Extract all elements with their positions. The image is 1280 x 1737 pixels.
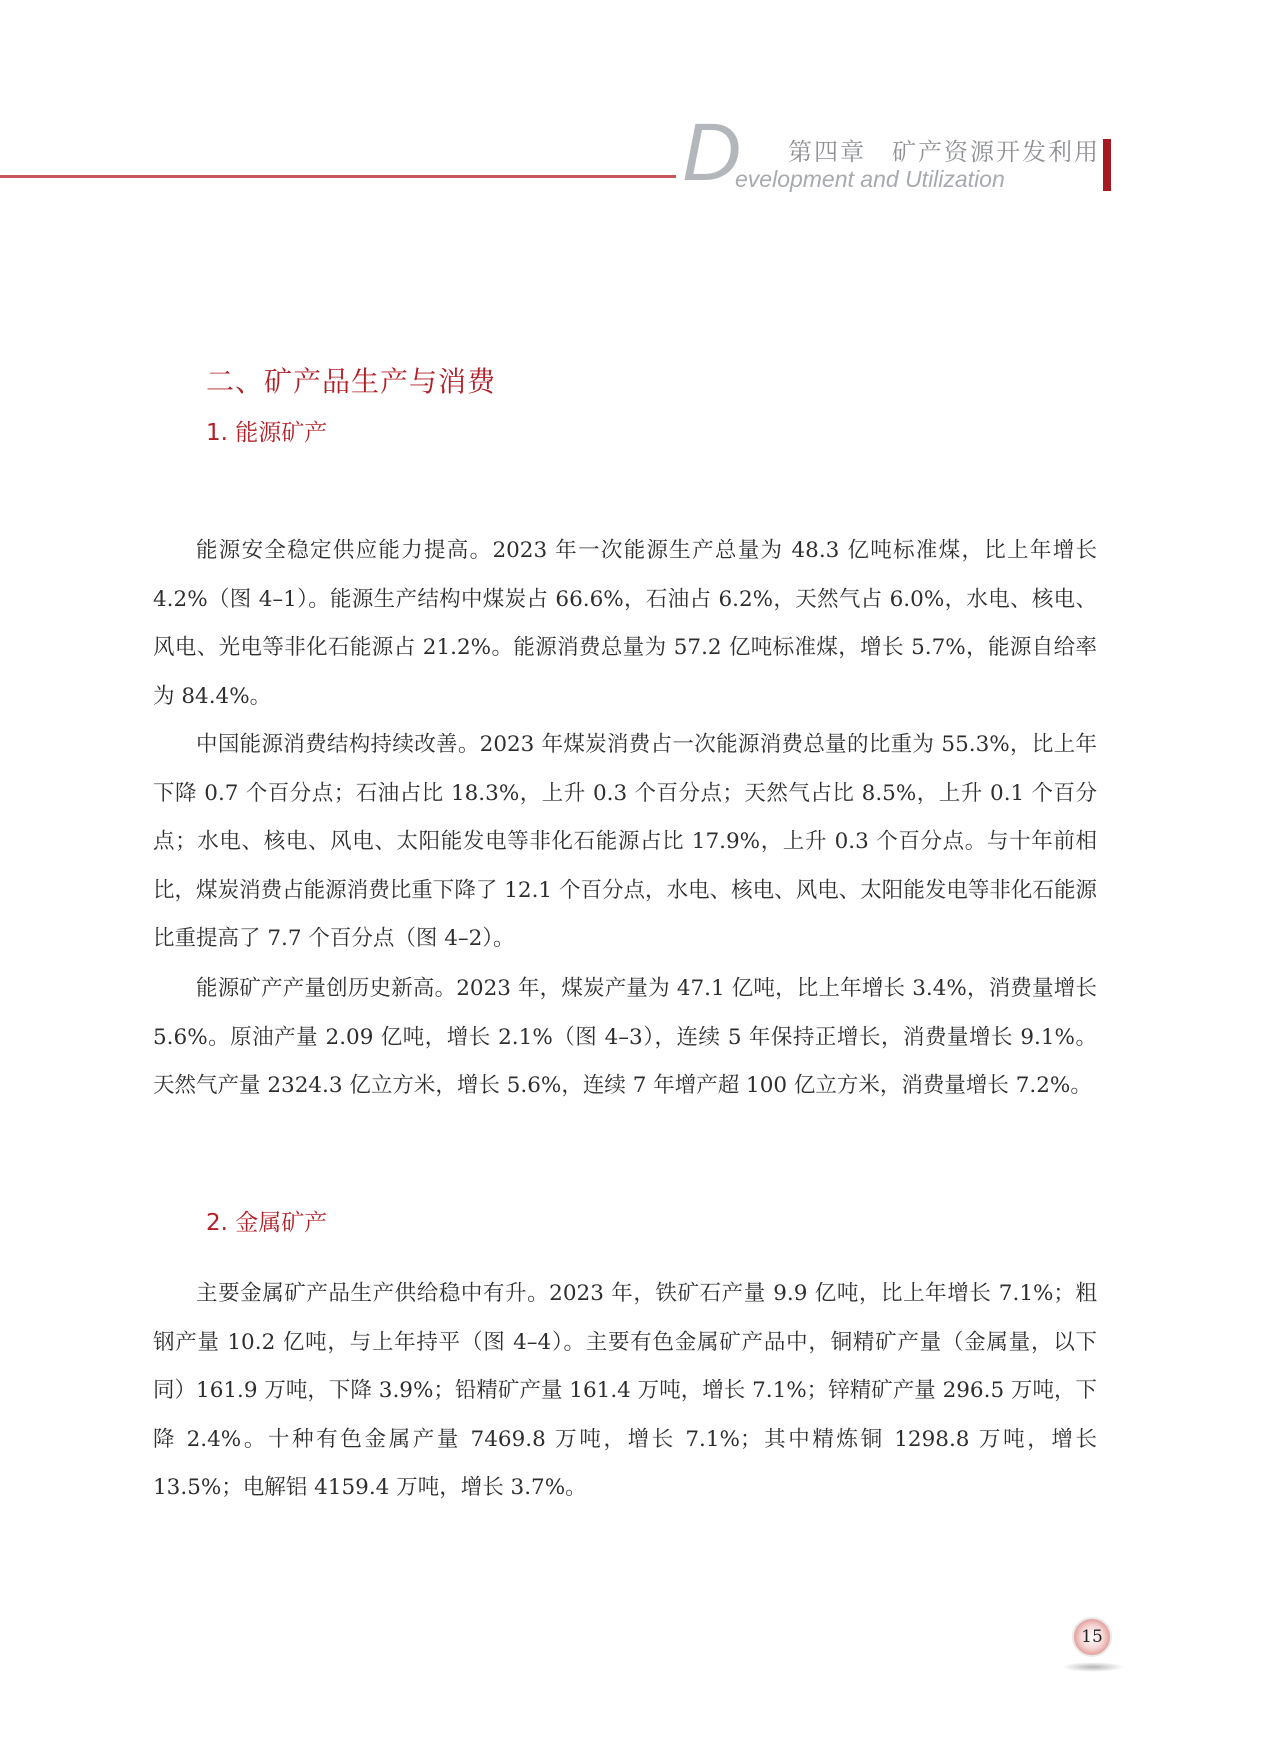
page-number: 15	[1081, 1627, 1103, 1647]
section-title: 二、矿产品生产与消费	[206, 364, 496, 400]
subsection-title-metal: 2. 金属矿产	[206, 1208, 327, 1238]
paragraph-energy-output: 能源矿产产量创历史新高。2023 年，煤炭产量为 47.1 亿吨，比上年增长 3…	[153, 965, 1097, 1111]
header-accent-bar	[1103, 139, 1111, 191]
subsection-title-energy: 1. 能源矿产	[206, 418, 327, 448]
chapter-english-subtitle: evelopment and Utilization	[735, 166, 1005, 192]
paragraph-metal-production: 主要金属矿产品生产供给稳中有升。2023 年，铁矿石产量 9.9 亿吨，比上年增…	[153, 1270, 1097, 1513]
header-rule	[0, 175, 676, 178]
paragraph-energy-supply: 能源安全稳定供应能力提高。2023 年一次能源生产总量为 48.3 亿吨标准煤，…	[153, 527, 1097, 721]
page-number-shadow	[1062, 1662, 1124, 1672]
header-decorative-letter: D	[682, 112, 739, 194]
paragraph-energy-consumption: 中国能源消费结构持续改善。2023 年煤炭消费占一次能源消费总量的比重为 55.…	[153, 721, 1097, 964]
page-number-badge: 15	[1072, 1617, 1112, 1657]
chapter-title: 第四章 矿产资源开发利用	[788, 138, 1100, 166]
